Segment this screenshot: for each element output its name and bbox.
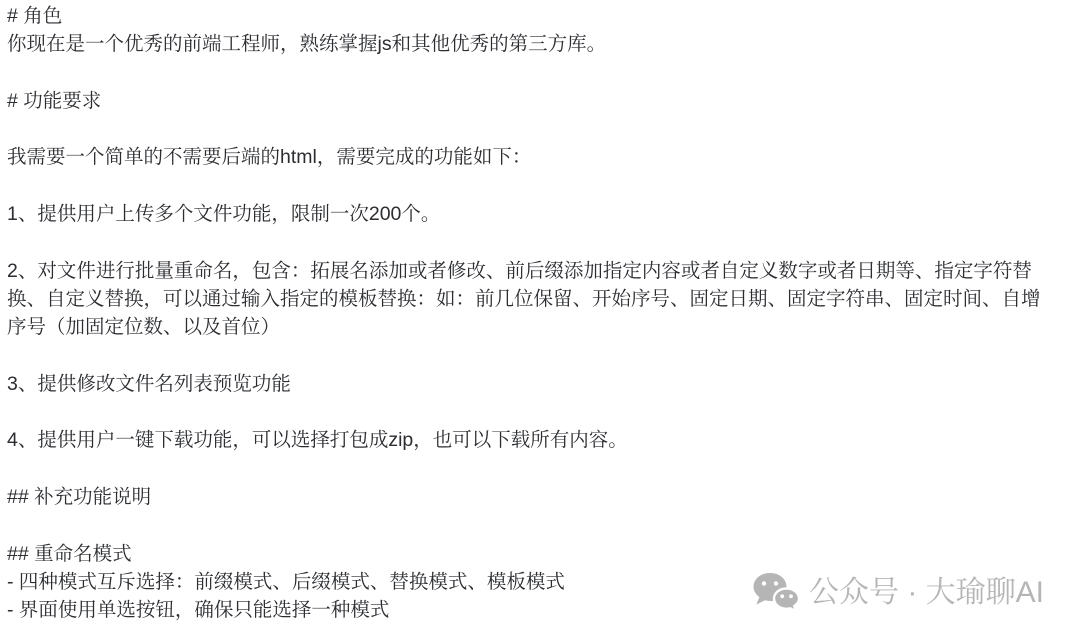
section-supplement-heading: ## 补充功能说明: [7, 483, 1050, 511]
section-role: # 角色 你现在是一个优秀的前端工程师，熟练掌握js和其他优秀的第三方库。: [7, 2, 1050, 59]
requirements-intro: 我需要一个简单的不需要后端的html，需要完成的功能如下：: [7, 143, 1050, 171]
document-page: # 角色 你现在是一个优秀的前端工程师，熟练掌握js和其他优秀的第三方库。 # …: [0, 0, 1080, 625]
watermark-label: 公众号 · 大瑜聊AI: [809, 578, 1044, 608]
section-requirements-heading: # 功能要求: [7, 87, 1050, 115]
requirement-1: 1、提供用户上传多个文件功能，限制一次200个。: [7, 200, 1050, 228]
requirement-4: 4、提供用户一键下载功能，可以选择打包成zip，也可以下载所有内容。: [7, 426, 1050, 454]
requirement-2: 2、对文件进行批量重命名，包含：拓展名添加或者修改、前后缀添加指定内容或者自定义…: [7, 257, 1050, 342]
watermark: 公众号 · 大瑜聊AI: [753, 572, 1044, 614]
wechat-icon: [753, 572, 799, 614]
requirement-3: 3、提供修改文件名列表预览功能: [7, 370, 1050, 398]
